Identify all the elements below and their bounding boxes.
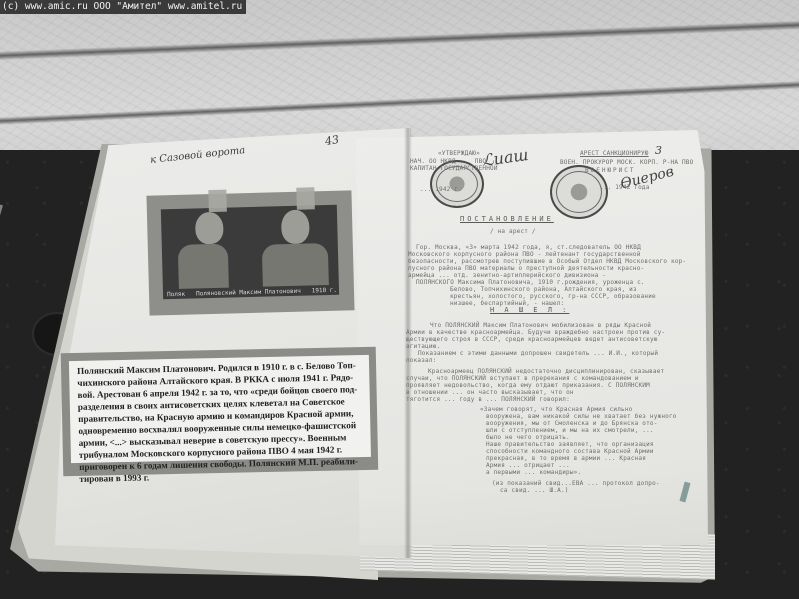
- photo-caption-left: Поляк: [167, 291, 185, 298]
- frontal-portrait: [261, 207, 329, 287]
- approval-right-line: АРЕСТ САНКЦИОНИРУЮ: [580, 150, 649, 157]
- mugshot-photo: Поляк Поляновский Максим Платонович 1910…: [161, 205, 339, 300]
- body-line: тяготится ... году в ... ПОЛЯНСКИЙ говор…: [406, 396, 570, 403]
- document-title: ПОСТАНОВЛЕНИЕ: [460, 215, 554, 223]
- torso: [262, 243, 329, 287]
- intro-line: крестьян, холостого, русского, гр-на ССС…: [450, 293, 656, 300]
- body-line: Армии в качестве красноармейца. Будучи в…: [406, 329, 665, 336]
- approval-right-line: ВОЕН. ПРОКУРОР МОСК. КОРП. Р-НА ПВО: [560, 159, 693, 166]
- intro-line: безопасности, рассмотрев поступившие в О…: [408, 258, 686, 265]
- wall-shadow: [0, 19, 799, 61]
- body-line: агитацию.: [406, 343, 440, 350]
- intro-line: пусного района ПВО материалы о преступно…: [408, 265, 644, 272]
- head: [281, 209, 310, 244]
- footer-line: (из показаний свид...ЕВА ... протокол до…: [492, 480, 660, 487]
- body-line: ществующего строя в СССР, среди красноар…: [406, 336, 658, 343]
- torso: [178, 244, 229, 289]
- body-line: а первыми ... командиры».: [486, 469, 581, 476]
- body-line: Красноармеец ПОЛЯНСКИЙ недостаточно дисц…: [428, 368, 664, 375]
- body-line: Армия ... отрицает ...: [486, 462, 570, 469]
- tape-strip: [208, 190, 227, 212]
- profile-portrait: [175, 209, 237, 289]
- body-line: Что ПОЛЯНСКИЙ Максим Платонович мобилизо…: [430, 322, 651, 329]
- approval-left-line: КАПИТАН ГОСУДАРСТВЕННОЙ: [410, 165, 498, 172]
- intro-line: Гор. Москва, «3» марта 1942 года, я, ст.…: [416, 244, 641, 251]
- body-line: Показанием с этими данными допрошен свид…: [418, 350, 658, 357]
- approval-left-line: ... 1942 г.: [420, 186, 462, 193]
- body-line: случаи, что ПОЛЯНСКИЙ вступает в пререка…: [406, 375, 639, 382]
- photo-caption-name: Поляновский Максим Платонович: [196, 288, 301, 298]
- body-line: в отношении ... он часто высказывает, чт…: [406, 389, 574, 396]
- body-line: проявляет недовольство, когда ему отдают…: [406, 382, 650, 389]
- glass-case-edge: [0, 205, 3, 427]
- approval-left-line: НАЧ. ОО НКВД ... ПВО: [410, 158, 486, 165]
- approval-right-line: ... 1942 года: [600, 184, 650, 191]
- arrest-warrant-document: ℒиаш Ѳиеров «УТВЕРЖДАЮ» НАЧ. ОО НКВД ...…: [400, 140, 700, 540]
- mugshot-photo-mount: Поляк Поляновский Максим Платонович 1910…: [146, 190, 354, 315]
- body-line: шли с отступлением, и мы на их смотрели,…: [486, 427, 654, 434]
- section-heading: Н А Ш Е Л :: [490, 306, 569, 314]
- body-line: способности командного состава Красной А…: [486, 448, 654, 455]
- wall-shadow: [0, 79, 799, 126]
- footer-line: са свид. ... Ш.А.): [500, 487, 569, 494]
- intro-line: ПОЛЯНСКОГО Максима Платоновича, 1910 г.р…: [416, 279, 645, 286]
- photo-caption-year: 1910 г.: [312, 287, 337, 295]
- copyright-watermark: (c) www.amic.ru ООО "Амител" www.amitel.…: [0, 0, 246, 14]
- intro-line: Московского корпусного района ПВО - лейт…: [408, 251, 641, 258]
- head: [195, 212, 224, 245]
- document-subtitle: / на арест /: [490, 228, 536, 235]
- approval-left-line: «УТВЕРЖДАЮ»: [438, 150, 480, 157]
- body-line: «Зачем говорят, что Красная Армия сильно: [480, 406, 633, 413]
- intro-line: Белово, Топчихинского района, Алтайского…: [450, 286, 637, 293]
- biography-plaque: Полянский Максим Платонович. Родился в 1…: [61, 347, 379, 477]
- intro-line: армейца ... отд. зенитно-артиллерийского…: [408, 272, 606, 279]
- biography-text: Полянский Максим Платонович. Родился в 1…: [69, 355, 371, 463]
- tape-strip: [296, 187, 315, 209]
- body-line: вооружения, мы от Смоленска и до Брянска…: [486, 420, 658, 427]
- body-line: прекрасная, в то время в армии ... Красн…: [486, 455, 646, 462]
- body-line: Наше правительство заявляет, что организ…: [486, 441, 654, 448]
- body-line: было не чего отрицать.: [486, 434, 570, 441]
- approval-right-line: ВОЕНЮРИСТ: [585, 167, 636, 174]
- body-line: вооружена, вам никакой силы не хватает б…: [486, 413, 677, 420]
- page-number-left: 43: [324, 133, 340, 148]
- body-line: показал:: [406, 357, 437, 364]
